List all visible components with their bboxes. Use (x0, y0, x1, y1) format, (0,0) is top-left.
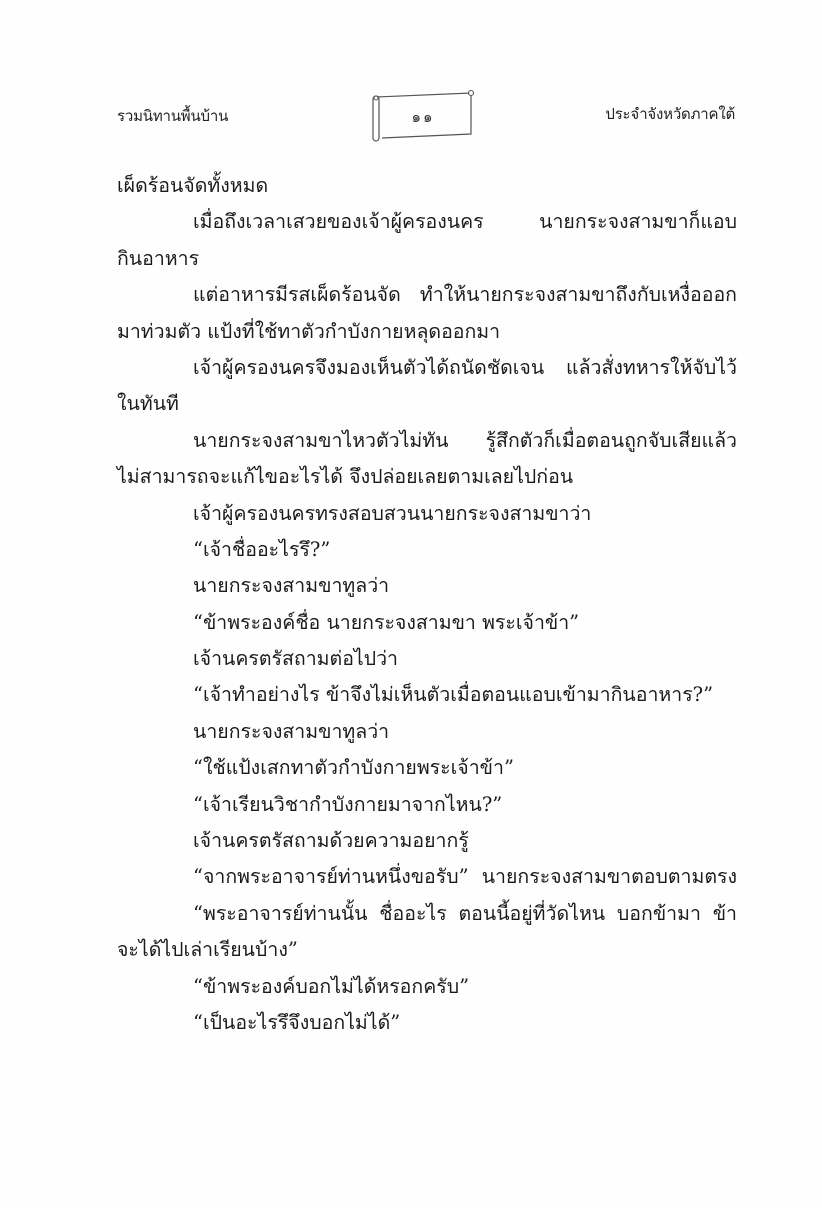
text-line: เจ้านครตรัสถามต่อไปว่า (117, 641, 737, 677)
text-line: “เจ้าชื่ออะไรรึ?” (117, 532, 737, 568)
book-title: รวมนิทานพื้นบ้าน (117, 104, 228, 128)
page-number: ๑๑ (370, 105, 476, 129)
text-line: เจ้าผู้ครองนครจึงมองเห็นตัวได้ถนัดชัดเจน… (117, 350, 737, 386)
text-line: เผ็ดร้อนจัดทั้งหมด (117, 168, 737, 204)
text-line: มาท่วมตัว แป้งที่ใช้ทาตัวกำบังกายหลุดออก… (117, 314, 737, 350)
text-line: “ข้าพระองค์บอกไม่ได้หรอกครับ” (117, 969, 737, 1005)
running-header: รวมนิทานพื้นบ้าน ๑๑ ประจำจังหวัดภาคใต้ (117, 88, 735, 142)
text-line: จะได้ไปเล่าเรียนบ้าง” (117, 932, 737, 968)
text-line: เจ้าผู้ครองนครทรงสอบสวนนายกระจงสามขาว่า (117, 496, 737, 532)
text-line: “จากพระอาจารย์ท่านหนึ่งขอรับ” นายกระจงสา… (117, 859, 737, 895)
text-line: กินอาหาร (117, 241, 737, 277)
text-line: “พระอาจารย์ท่านนั้น ชื่ออะไร ตอนนี้อยู่ท… (117, 896, 737, 932)
text-line: “เป็นอะไรรึจึงบอกไม่ได้” (117, 1005, 737, 1041)
text-line: เจ้านครตรัสถามด้วยความอยากรู้ (117, 823, 737, 859)
page-number-scroll: ๑๑ (370, 88, 476, 142)
text-line: ในทันที (117, 386, 737, 422)
book-page: รวมนิทานพื้นบ้าน ๑๑ ประจำจังหวัดภาคใต้ เ… (0, 0, 822, 1208)
text-line: “เจ้าทำอย่างไร ข้าจึงไม่เห็นตัวเมื่อตอนแ… (117, 677, 737, 713)
text-line: นายกระจงสามขาทูลว่า (117, 714, 737, 750)
text-line: “เจ้าเรียนวิชากำบังกายมาจากไหน?” (117, 787, 737, 823)
text-line: นายกระจงสามขาทูลว่า (117, 568, 737, 604)
text-line: “ใช้แป้งเสกทาตัวกำบังกายพระเจ้าข้า” (117, 750, 737, 786)
section-title: ประจำจังหวัดภาคใต้ (605, 102, 735, 126)
text-line: แต่อาหารมีรสเผ็ดร้อนจัด ทำให้นายกระจงสาม… (117, 277, 737, 313)
text-line: เมื่อถึงเวลาเสวยของเจ้าผู้ครองนคร นายกระ… (117, 204, 737, 240)
text-line: ไม่สามารถจะแก้ไขอะไรได้ จึงปล่อยเลยตามเล… (117, 459, 737, 495)
text-line: “ข้าพระองค์ชื่อ นายกระจงสามขา พระเจ้าข้า… (117, 605, 737, 641)
story-body: เผ็ดร้อนจัดทั้งหมดเมื่อถึงเวลาเสวยของเจ้… (117, 168, 737, 1041)
text-line: นายกระจงสามขาไหวตัวไม่ทัน รู้สึกตัวก็เมื… (117, 423, 737, 459)
